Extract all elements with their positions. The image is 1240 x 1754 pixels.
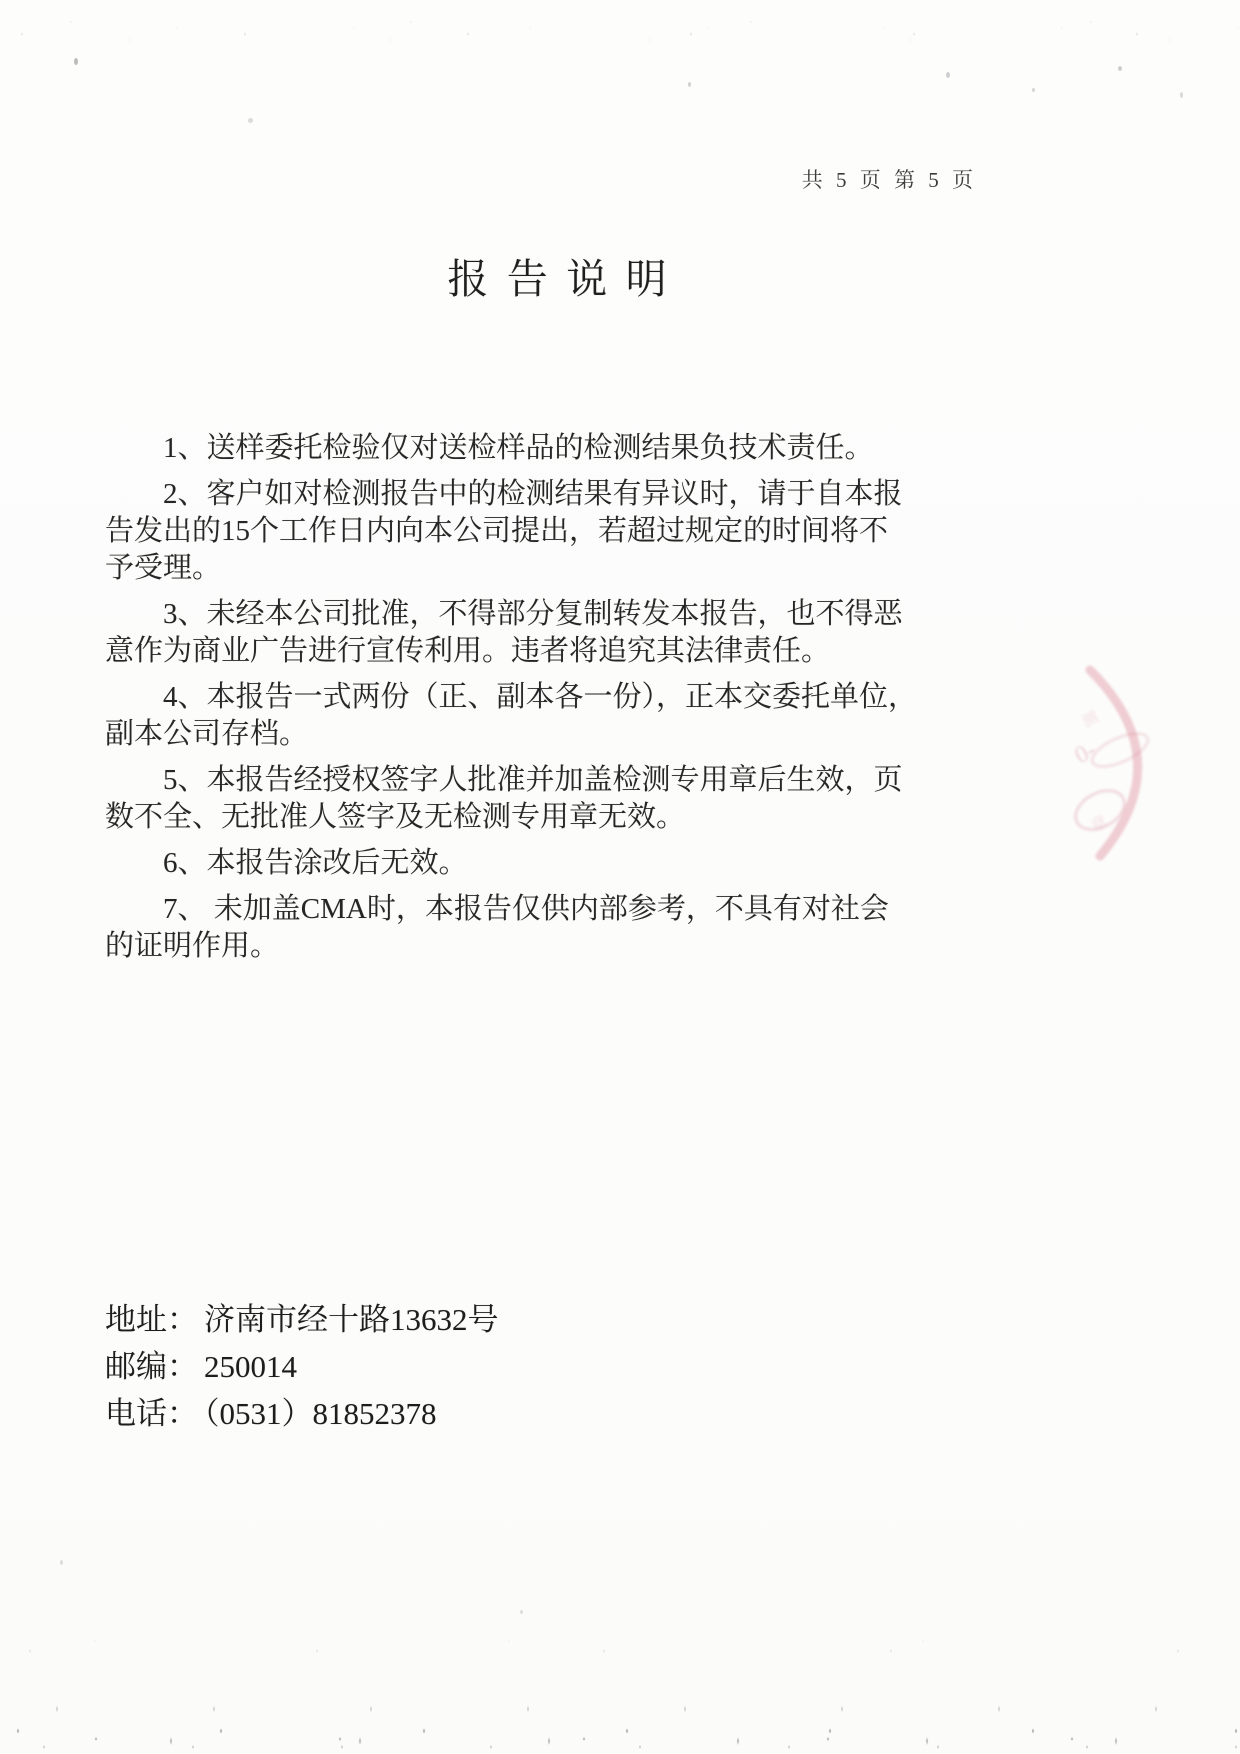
note-item-2: 2、客户如对检测报告中的检测结果有异议时，请于自本报 告发出的15个工作日内向本… <box>105 476 965 587</box>
phone-line: 电话：（0531）81852378 <box>105 1390 499 1437</box>
note-text: 2、客户如对检测报告中的检测结果有异议时，请于自本报 <box>105 476 965 513</box>
note-text: 意作为商业广告进行宣传利用。违者将追究其法律责任。 <box>105 633 965 670</box>
postcode-line: 邮编：250014 <box>105 1343 499 1390</box>
scan-speck <box>520 1610 523 1614</box>
note-text: 4、本报告一式两份（正、副本各一份），正本交委托单位， <box>105 679 965 716</box>
note-text: 的证明作用。 <box>105 928 965 965</box>
contact-info: 地址：济南市经十路13632号 邮编：250014 电话：（0531）81852… <box>105 1296 499 1437</box>
note-item-1: 1、送样委托检验仅对送检样品的检测结果负技术责任。 <box>105 430 965 467</box>
scan-noise-top <box>0 0 1240 55</box>
report-notes-title: 报告说明 <box>0 246 1114 305</box>
postcode-value: 250014 <box>204 1349 297 1384</box>
phone-label: 电话： <box>105 1396 198 1431</box>
note-text: 数不全、无批准人签字及无检测专用章无效。 <box>105 799 965 836</box>
scan-speck <box>1118 66 1122 71</box>
postcode-label: 邮编： <box>105 1349 198 1384</box>
note-text: 5、本报告经授权签字人批准并加盖检测专用章后生效，页 <box>105 762 965 799</box>
note-item-4: 4、本报告一式两份（正、副本各一份），正本交委托单位， 副本公司存档。 <box>105 679 965 753</box>
scan-speck <box>60 1560 63 1565</box>
svg-text:测: 测 <box>1079 708 1102 732</box>
scanned-report-page: 共 5 页 第 5 页 报告说明 1、送样委托检验仅对送检样品的检测结果负技术责… <box>0 0 1240 1754</box>
note-text: 6、本报告涂改后无效。 <box>105 845 965 882</box>
note-item-3: 3、未经本公司批准，不得部分复制转发本报告，也不得恶 意作为商业广告进行宣传利用… <box>105 596 965 670</box>
scan-speck <box>1032 88 1035 92</box>
note-text: 副本公司存档。 <box>105 716 965 753</box>
scan-speck <box>946 72 950 78</box>
address-value: 济南市经十路13632号 <box>204 1302 499 1337</box>
notes-section: 1、送样委托检验仅对送检样品的检测结果负技术责任。 2、客户如对检测报告中的检测… <box>105 430 965 974</box>
note-text: 7、 未加盖CMA时，本报告仅供内部参考，不具有对社会 <box>105 891 965 928</box>
note-item-5: 5、本报告经授权签字人批准并加盖检测专用章后生效，页 数不全、无批准人签字及无检… <box>105 762 965 836</box>
red-seal-fragment-icon: 0- 测 章 <box>1028 632 1198 867</box>
note-text: 告发出的15个工作日内向本公司提出，若超过规定的时间将不 <box>105 513 965 550</box>
scan-noise-bottom <box>0 1659 1240 1754</box>
scan-speck <box>74 58 78 65</box>
svg-text:0-: 0- <box>1071 737 1101 769</box>
scan-noise-lower <box>0 1629 1240 1669</box>
scan-speck <box>1180 92 1183 98</box>
note-text: 3、未经本公司批准，不得部分复制转发本报告，也不得恶 <box>105 596 965 633</box>
page-number: 共 5 页 第 5 页 <box>802 164 977 194</box>
svg-text:章: 章 <box>1087 811 1110 835</box>
note-text: 1、送样委托检验仅对送检样品的检测结果负技术责任。 <box>105 430 965 467</box>
scan-speck <box>688 82 691 87</box>
address-line: 地址：济南市经十路13632号 <box>105 1296 499 1343</box>
address-label: 地址： <box>105 1302 198 1337</box>
note-item-7: 7、 未加盖CMA时，本报告仅供内部参考，不具有对社会 的证明作用。 <box>105 891 965 965</box>
phone-value: （0531）81852378 <box>204 1396 437 1431</box>
note-item-6: 6、本报告涂改后无效。 <box>105 845 965 882</box>
note-text: 予受理。 <box>105 550 965 587</box>
scan-speck <box>248 118 253 123</box>
